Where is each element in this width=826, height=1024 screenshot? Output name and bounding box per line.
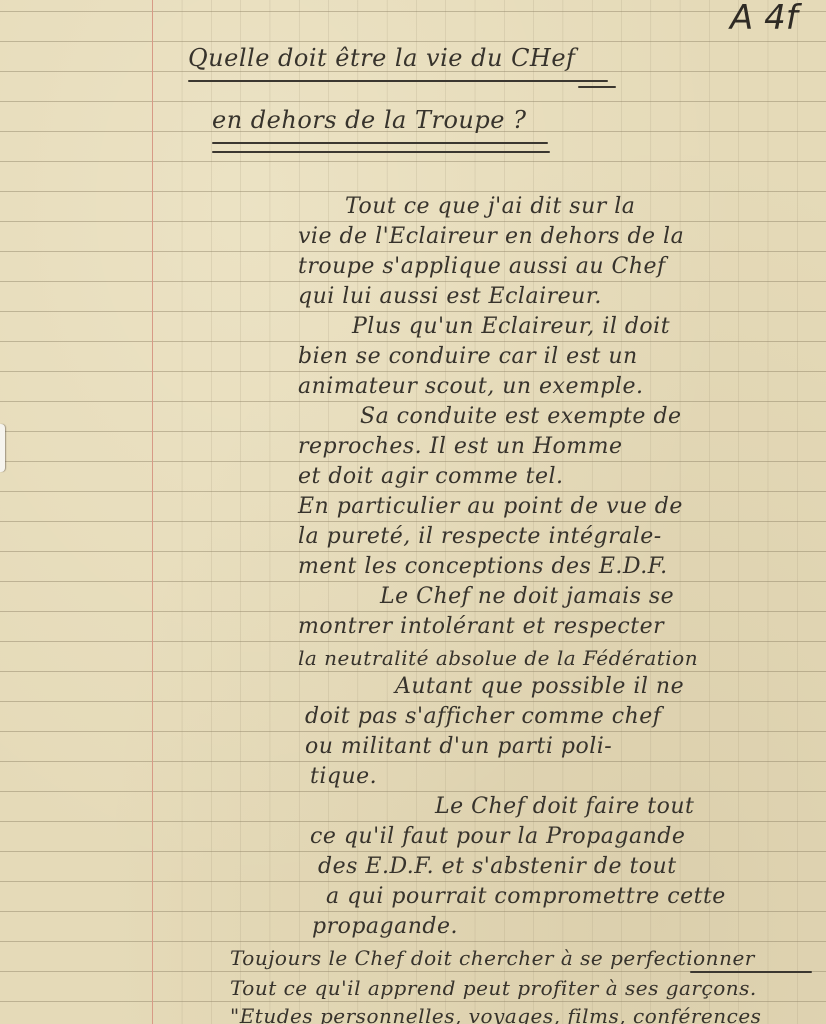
- red-margin-line: [152, 0, 153, 1024]
- text-line: qui lui aussi est Eclaireur.: [298, 284, 602, 309]
- text-line: animateur scout, un exemple.: [298, 374, 643, 399]
- notebook-page: A 4f Quelle doit être la vie du CHef en …: [0, 0, 826, 1024]
- text-line: Le Chef ne doit jamais se: [380, 584, 674, 609]
- text-line: la pureté, il respecte intégrale-: [298, 524, 662, 549]
- title-underline-1: [188, 80, 608, 82]
- text-line: la neutralité absolue de la Fédération: [298, 646, 698, 670]
- text-line: des E.D.F. et s'abstenir de tout: [318, 854, 677, 879]
- text-line: Tout ce que j'ai dit sur la: [345, 194, 635, 219]
- text-line: Sa conduite est exempte de: [360, 404, 682, 429]
- text-line: Plus qu'un Eclaireur, il doit: [352, 314, 670, 339]
- text-line: ment les conceptions des E.D.F.: [298, 554, 668, 579]
- text-line: reproches. Il est un Homme: [298, 434, 623, 459]
- title-underline-2a: [212, 142, 548, 144]
- text-line: troupe s'applique aussi au Chef: [298, 254, 666, 279]
- text-line: a qui pourrait compromettre cette: [326, 884, 726, 909]
- text-line: ou militant d'un parti poli-: [305, 734, 612, 759]
- text-line: propagande.: [312, 914, 458, 939]
- text-line: En particulier au point de vue de: [298, 494, 683, 519]
- text-line: montrer intolérant et respecter: [298, 614, 664, 639]
- text-line: vie de l'Eclaireur en dehors de la: [298, 224, 684, 249]
- folio-number: A 4f: [730, 0, 798, 38]
- perfectionner-underline: [690, 971, 812, 973]
- text-line: tique.: [310, 764, 377, 789]
- text-line: Le Chef doit faire tout: [435, 794, 694, 819]
- text-line: bien se conduire car il est un: [298, 344, 638, 369]
- text-line: et doit agir comme tel.: [298, 464, 564, 489]
- text-line: Autant que possible il ne: [395, 674, 684, 699]
- text-line: Toujours le Chef doit chercher à se perf…: [230, 946, 755, 970]
- title-underline-chef: [578, 86, 616, 88]
- text-line: Tout ce qu'il apprend peut profiter à se…: [230, 976, 757, 1000]
- text-line: doit pas s'afficher comme chef: [305, 704, 661, 729]
- torn-edge: [0, 424, 5, 472]
- title-underline-2b: [212, 151, 550, 153]
- text-line: "Etudes personnelles, voyages, films, co…: [230, 1004, 761, 1024]
- title-line-1: Quelle doit être la vie du CHef: [188, 44, 575, 72]
- text-line: ce qu'il faut pour la Propagande: [310, 824, 685, 849]
- title-line-2: en dehors de la Troupe ?: [212, 106, 526, 134]
